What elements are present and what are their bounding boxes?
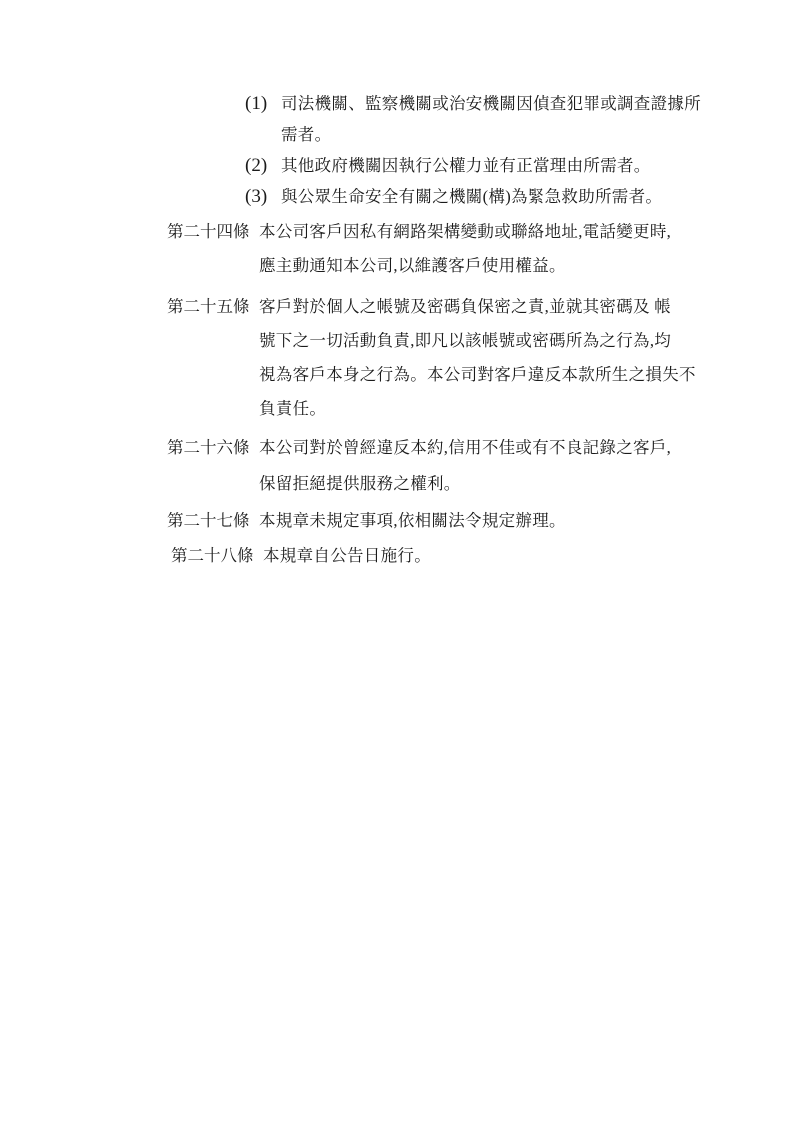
article-28: 第二十八條 本規章自公告日施行。 (171, 544, 431, 568)
article-body-line: 本規章未規定事項,依相關法令規定辦理。 (259, 509, 566, 533)
article-body-line: 視為客戶本身之行為。本公司對客戶違反本款所生之損失不 (259, 358, 696, 392)
article-24-body: 本公司客戶因私有網路架構變動或聯絡地址,電話變更時, 應主動通知本公司,以維護客… (259, 215, 671, 283)
clause-item-1: (1) 司法機關、監察機關或治安機關因偵查犯罪或調查證據所 需者。 (245, 88, 701, 150)
article-body-line: 應主動通知本公司,以維護客戶使用權益。 (259, 249, 671, 283)
article-body-line: 本公司客戶因私有網路架構變動或聯絡地址,電話變更時, (259, 215, 671, 249)
article-28-body: 本規章自公告日施行。 (263, 544, 431, 568)
clause-text-line: 與公眾生命安全有關之機關(構)為緊急救助所需者。 (281, 181, 662, 212)
clause-item-2: (2) 其他政府機關因執行公權力並有正當理由所需者。 (245, 150, 701, 181)
article-28-label: 第二十八條 (171, 544, 254, 568)
clause-text-line: 司法機關、監察機關或治安機關因偵查犯罪或調查證據所 (281, 88, 701, 119)
article-body-line: 負責任。 (259, 392, 696, 426)
article-26-label: 第二十六條 (167, 430, 250, 466)
article-26-body: 本公司對於曾經違反本約,信用不佳或有不良記錄之客戶, 保留拒絕提供服務之權利。 (259, 430, 671, 502)
clause-item-3: (3) 與公眾生命安全有關之機關(構)為緊急救助所需者。 (245, 181, 701, 212)
clause-number: (3) (245, 181, 275, 212)
clause-text-line: 需者。 (281, 119, 701, 150)
article-body-line: 號下之一切活動負責,即凡以該帳號或密碼所為之行為,均 (259, 324, 696, 358)
clause-text-line: 其他政府機關因執行公權力並有正當理由所需者。 (281, 150, 651, 181)
document-page: (1) 司法機關、監察機關或治安機關因偵查犯罪或調查證據所 需者。 (2) 其他… (0, 0, 797, 1125)
clause-number: (1) (245, 88, 275, 119)
article-24: 第二十四條 本公司客戶因私有網路架構變動或聯絡地址,電話變更時, 應主動通知本公… (167, 215, 671, 283)
article-25-label: 第二十五條 (167, 290, 250, 324)
article-27: 第二十七條 本規章未規定事項,依相關法令規定辦理。 (167, 509, 566, 533)
clause-number: (2) (245, 150, 275, 181)
article-26: 第二十六條 本公司對於曾經違反本約,信用不佳或有不良記錄之客戶, 保留拒絕提供服… (167, 430, 671, 502)
article-body-line: 客戶對於個人之帳號及密碼負保密之責,並就其密碼及 帳 (259, 290, 696, 324)
numbered-clause-list: (1) 司法機關、監察機關或治安機關因偵查犯罪或調查證據所 需者。 (2) 其他… (245, 88, 701, 212)
article-25-body: 客戶對於個人之帳號及密碼負保密之責,並就其密碼及 帳 號下之一切活動負責,即凡以… (259, 290, 696, 426)
clause-text: 與公眾生命安全有關之機關(構)為緊急救助所需者。 (281, 181, 662, 212)
clause-text: 其他政府機關因執行公權力並有正當理由所需者。 (281, 150, 651, 181)
article-27-body: 本規章未規定事項,依相關法令規定辦理。 (259, 509, 566, 533)
article-body-line: 保留拒絕提供服務之權利。 (259, 466, 671, 502)
article-body-line: 本公司對於曾經違反本約,信用不佳或有不良記錄之客戶, (259, 430, 671, 466)
article-27-label: 第二十七條 (167, 509, 250, 533)
article-24-label: 第二十四條 (167, 215, 250, 249)
article-25: 第二十五條 客戶對於個人之帳號及密碼負保密之責,並就其密碼及 帳 號下之一切活動… (167, 290, 696, 426)
clause-text: 司法機關、監察機關或治安機關因偵查犯罪或調查證據所 需者。 (281, 88, 701, 150)
article-body-line: 本規章自公告日施行。 (263, 544, 431, 568)
